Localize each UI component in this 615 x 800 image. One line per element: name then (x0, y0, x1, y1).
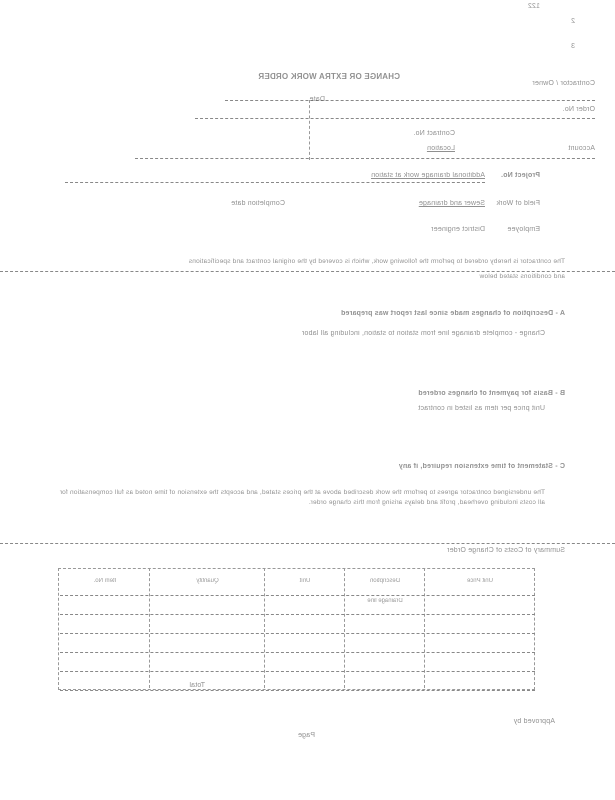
completion-date: Completion date (231, 200, 285, 207)
signature-label: Approved by (513, 718, 555, 725)
notice-line-1: The contractor is hereby ordered to perf… (189, 258, 565, 265)
section-b-label: B - Basis for payment of changes ordered (418, 390, 565, 397)
order-no-label: Order No. (562, 106, 595, 113)
form-title: CHANGE OR EXTRA WORK ORDER (258, 72, 400, 81)
notice-line-2: and conditions stated below (479, 273, 565, 280)
table-cell: Drainage line (345, 598, 425, 604)
document-page: 122 2 3 CHANGE OR EXTRA WORK ORDER Contr… (0, 0, 615, 800)
account-label: Account (568, 145, 595, 152)
corner-mark: 3 (571, 43, 575, 50)
table-header-cell: Unit Price (425, 578, 535, 584)
section-c-text: The undersigned contractor agrees to per… (55, 488, 545, 508)
employee-label: Employee (507, 226, 540, 233)
section-a-text: Change - complete drainage line from sta… (302, 330, 545, 337)
table-header-cell: Item No. (60, 578, 150, 584)
section-a-label: A - Description of changes made since la… (341, 310, 565, 317)
location-label: Location (427, 145, 455, 152)
date-label: Date (309, 96, 325, 103)
field-of-work-value: Sewer and drainage (419, 200, 485, 207)
employee-value: District engineer (431, 226, 485, 233)
field-of-work-label: Field of Work (496, 200, 540, 207)
section-c-label: C - Statement of time extension required… (399, 463, 565, 470)
table-header-cell: Description (345, 578, 425, 584)
contract-no-label: Contract No. (413, 130, 455, 137)
table-total: Total (189, 682, 205, 689)
table-header-cell: Quantity (150, 578, 265, 584)
header-sub-left: Contractor / Owner (532, 80, 595, 87)
project-value: Additional drainage work at station (371, 172, 485, 179)
page-label: Page (298, 732, 315, 739)
corner-mark: 2 (571, 18, 575, 25)
section-b-text: Unit price per item as listed in contrac… (418, 405, 545, 412)
table-header-cell: Unit (265, 578, 345, 584)
table-caption: Summary of Costs of Change Order (447, 547, 565, 554)
project-label: Project No. (501, 172, 540, 179)
corner-mark: 122 (528, 3, 540, 10)
